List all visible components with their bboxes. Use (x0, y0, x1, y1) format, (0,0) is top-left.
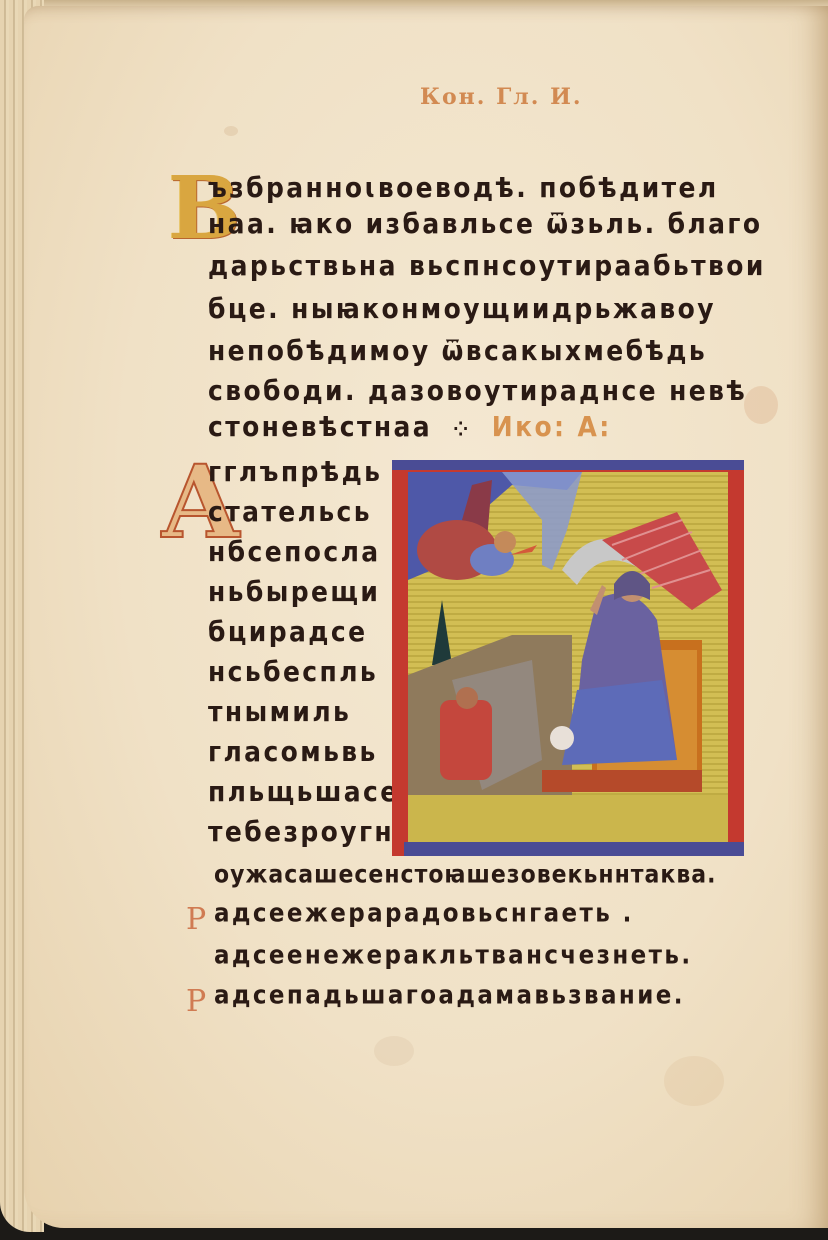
ikos-line-8: гласомьвь (208, 732, 378, 772)
stain (664, 1056, 724, 1106)
stain (374, 1036, 414, 1066)
ikos-line-7: тнымиль (208, 692, 351, 732)
kontakion-line-1: ъзбранноꙇвоеводѣ. побѣдител (208, 168, 719, 208)
ikos-line-5: бцирадсе (208, 612, 367, 652)
kontakion-final-text: стоневѣстнаа (208, 410, 432, 442)
chairete-line-3: адсепадьшагоадамавьзвание. (214, 976, 685, 1016)
ikos-line-6: нсьбеспль (208, 652, 378, 692)
ikos-line-1: гглъпрѣдь (208, 452, 382, 492)
ikos-line-10: тебезроугн (208, 812, 394, 852)
ikos-rubric: Ико: А: (492, 410, 612, 442)
ikos-line-2: стательсь (208, 492, 372, 532)
kontakion-line-7: стоневѣстнаа ⁘ Ико: А: (208, 407, 612, 447)
chairete-line-2: адсеенежеракльтвансчезнеть. (214, 936, 692, 976)
end-mark: ⁘ (453, 418, 470, 442)
annunciation-miniature (392, 460, 744, 856)
ikos-line-9: пльщьшасе (208, 772, 400, 812)
page-header-rubric: Кон. Гл. И. (420, 84, 583, 110)
kontakion-line-4: бце. ныꙗконмоущиидрьжавоу (208, 289, 716, 329)
ikos-line-3: нбсепосла (208, 532, 381, 572)
kontakion-line-5: непобѣдимоу ѿвсакыхмебѣдь (208, 331, 707, 371)
ikos-line-11: оужасашесенстоꙗшезовекьннтаква. (214, 856, 716, 896)
stain (744, 386, 778, 424)
kontakion-line-6: свободи. дазовоутираднсе невѣ (208, 371, 747, 411)
ikos-line-4: ньбырещи (208, 572, 380, 612)
stain (224, 126, 238, 136)
chairete-line-1: адсеежерарадовьснгаеть . (214, 894, 634, 934)
kontakion-line-3: дарьствьна вьспнсоутираабьтвои (208, 246, 766, 286)
chairete-initial-1: Р (186, 902, 206, 937)
chairete-initial-3: Р (186, 984, 206, 1019)
kontakion-line-2: наа. ꙗко избавльсе ѿзьль. благо (208, 204, 762, 244)
